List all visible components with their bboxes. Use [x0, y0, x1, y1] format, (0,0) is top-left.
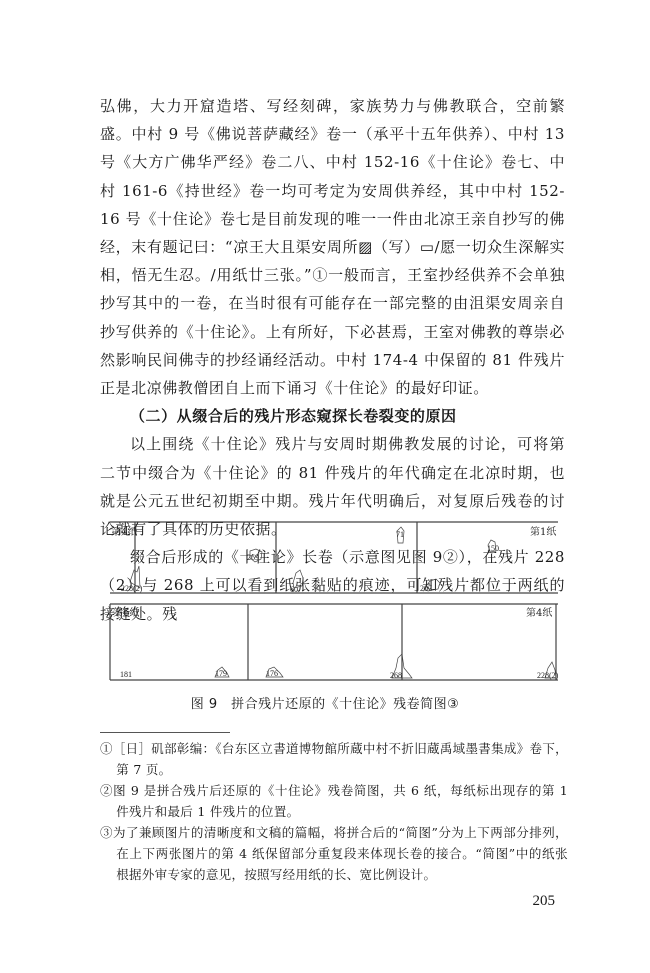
figure-caption: 图 9 拼合残片还原的《十住论》残卷简图③: [0, 693, 650, 712]
page-number: 205: [533, 893, 556, 910]
section-heading: （二）从缀合后的残片形态窥探长卷裂变的原因: [100, 402, 565, 430]
body-text: 弘佛，大力开窟造塔、写经刻碑，家族势力与佛教联合，空前繁盛。中村 9 号《佛说菩…: [100, 92, 565, 628]
footnote-text: 图 9 是拼合残片后还原的《十住论》残卷简图，共 6 纸，每纸标出现存的第 1 …: [113, 783, 568, 819]
footnote-marker: ①: [100, 741, 113, 756]
fragment-label: 179: [215, 669, 227, 678]
fragment-label: 176: [266, 669, 278, 678]
paragraph-continuation: 弘佛，大力开窟造塔、写经刻碑，家族势力与佛教联合，空前繁盛。中村 9 号《佛说菩…: [100, 92, 565, 402]
fragment-label: 228(2): [537, 671, 559, 680]
fragment-label: 181: [120, 670, 132, 679]
document-page: 弘佛，大力开窟造塔、写经刻碑，家族势力与佛教联合，空前繁盛。中村 9 号《佛说菩…: [0, 0, 650, 973]
footnote-divider: [100, 732, 230, 733]
footnote-1: ①［日］矶部彰编：《台东区立書道博物館所蔵中村不折旧蔵禹域墨書集成》卷下，第 7…: [100, 738, 568, 780]
paragraph: 以上围绕《十住论》残片与安周时期佛教发展的讨论，可将第二节中缀合为《十住论》的 …: [100, 430, 565, 543]
footnote-marker: ②: [100, 783, 113, 798]
footnote-text: 为了兼顾图片的清晰度和文稿的篇幅，将拼合后的“简图”分为上下两部分排列，在上下两…: [113, 825, 568, 882]
footnotes: ①［日］矶部彰编：《台东区立書道博物館所蔵中村不折旧蔵禹域墨書集成》卷下，第 7…: [100, 738, 568, 885]
paragraph: 缀合后形成的《十住论》长卷（示意图见图 9②），在残片 228（2）与 268 …: [100, 543, 565, 628]
footnote-2: ②图 9 是拼合残片后还原的《十住论》残卷简图，共 6 纸，每纸标出现存的第 1…: [100, 780, 568, 822]
footnote-marker: ③: [100, 825, 113, 840]
footnote-3: ③为了兼顾图片的清晰度和文稿的篇幅，将拼合后的“简图”分为上下两部分排列，在上下…: [100, 822, 568, 885]
fragment-label: 268: [390, 671, 402, 680]
footnote-text: ［日］矶部彰编：《台东区立書道博物館所蔵中村不折旧蔵禹域墨書集成》卷下，第 7 …: [113, 741, 568, 777]
